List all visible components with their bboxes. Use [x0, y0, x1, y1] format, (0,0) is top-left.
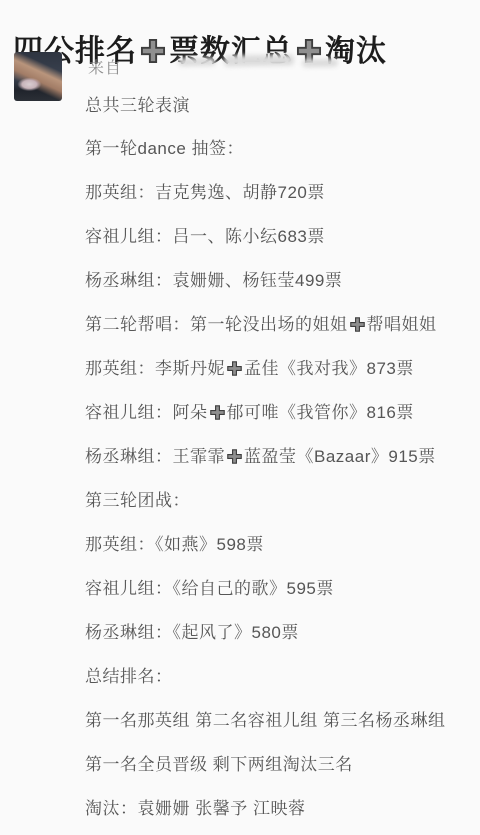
post-line: 第一轮dance 抽签：: [85, 138, 474, 182]
post-line: 杨丞琳组：王霏霏蓝盈莹《Bazaar》915票: [85, 446, 474, 490]
text-segment: 淘汰：袁姗姗 张馨予 江映蓉: [85, 799, 305, 818]
post-line: 容祖儿组：阿朵郁可唯《我管你》816票: [85, 402, 474, 446]
text-segment: 容祖儿组：阿朵: [85, 403, 208, 422]
text-segment: 那英组：《如燕》598票: [85, 535, 264, 554]
text-segment: 孟佳《我对我》873票: [244, 359, 414, 378]
post-line: 杨丞琳组：《起风了》580票: [85, 622, 474, 666]
text-segment: 第三轮团战：: [85, 491, 190, 510]
text-segment: 第一名全员晋级 剩下两组淘汰三名: [85, 755, 353, 774]
post-line: 容祖儿组：吕一、陈小纭683票: [85, 226, 474, 270]
post-line: 总结排名：: [85, 666, 474, 710]
plus-icon: [139, 37, 167, 65]
text-segment: 第一名那英组 第二名容祖儿组 第三名杨丞琳组: [85, 711, 445, 730]
avatar[interactable]: [14, 52, 62, 101]
text-segment: 杨丞琳组：王霏霏: [85, 447, 225, 466]
text-segment: 杨丞琳组：袁姗姗、杨钰莹499票: [85, 271, 342, 290]
redacted-source-text[interactable]: [302, 59, 338, 68]
text-segment: 郁可唯《我管你》816票: [227, 403, 414, 422]
post-body: 第一轮dance 抽签：那英组：吉克隽逸、胡静720票容祖儿组：吕一、陈小纭68…: [85, 138, 474, 835]
post-line: 那英组：吉克隽逸、胡静720票: [85, 182, 474, 226]
text-segment: 第一轮dance 抽签：: [85, 139, 244, 158]
text-segment: 第二轮帮唱：第一轮没出场的姐姐: [85, 315, 348, 334]
post-line: 第一名全员晋级 剩下两组淘汰三名: [85, 754, 474, 798]
text-segment: 那英组：李斯丹妮: [85, 359, 225, 378]
post-line: 淘汰：袁姗姗 张馨予 江映蓉: [85, 798, 474, 835]
post-line: 杨丞琳组：袁姗姗、杨钰莹499票: [85, 270, 474, 314]
post-line: 那英组：李斯丹妮孟佳《我对我》873票: [85, 358, 474, 402]
plus-icon: [226, 448, 243, 465]
post-line: 第二轮帮唱：第一轮没出场的姐姐帮唱姐姐: [85, 314, 474, 358]
text-segment: 总结排名：: [85, 667, 173, 686]
text-segment: 蓝盈莹《Bazaar》915票: [244, 447, 436, 466]
intro-line: 总共三轮表演: [85, 91, 190, 116]
text-segment: 容祖儿组：《给自己的歌》595票: [85, 579, 334, 598]
redacted-source-text[interactable]: [178, 58, 216, 67]
text-segment: 那英组：吉克隽逸、胡静720票: [85, 183, 325, 202]
post-line: 第一名那英组 第二名容祖儿组 第三名杨丞琳组: [85, 710, 474, 754]
plus-icon: [209, 404, 226, 421]
text-segment: 帮唱姐姐: [367, 315, 437, 334]
text-segment: 杨丞琳组：《起风了》580票: [85, 623, 299, 642]
redacted-source-text[interactable]: [224, 54, 294, 66]
text-segment: 容祖儿组：吕一、陈小纭683票: [85, 227, 325, 246]
from-label: 来自: [88, 55, 122, 78]
plus-icon: [349, 316, 366, 333]
post-line: 第三轮团战：: [85, 490, 474, 534]
post-line: 那英组：《如燕》598票: [85, 534, 474, 578]
post-line: 容祖儿组：《给自己的歌》595票: [85, 578, 474, 622]
plus-icon: [226, 360, 243, 377]
